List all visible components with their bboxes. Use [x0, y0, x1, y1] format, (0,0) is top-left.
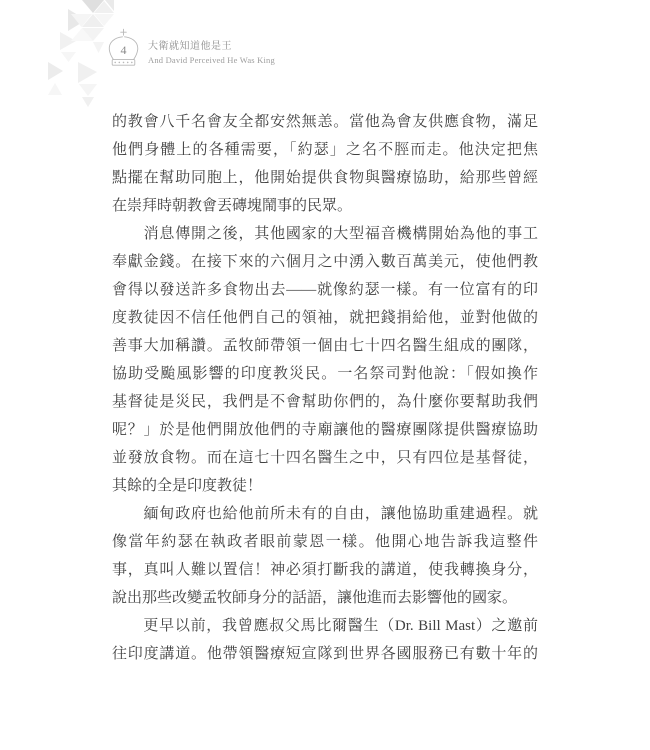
text-line: 並發放食物。而在這七十四名醫生之中，只有四位是基督徒，	[112, 444, 538, 472]
text-line: 會得以發送許多食物出去——就像約瑟一樣。有一位富有的印	[112, 276, 538, 304]
text-line: 度教徒因不信任他們自己的領袖，就把錢捐給他，並對他做的	[112, 304, 538, 332]
text-line: 往印度講道。他帶領醫療短宣隊到世界各國服務已有數十年的	[112, 640, 538, 668]
text-line: 基督徒是災民，我們是不會幫助你們的，為什麼你要幫助我們	[112, 388, 538, 416]
chapter-number: 4	[121, 43, 127, 57]
text-line: 在崇拜時朝教會丟磚塊鬧事的民眾。	[112, 192, 538, 220]
crown-icon: 4	[105, 28, 142, 69]
text-line: 說出那些改變孟牧師身分的話語，讓他進而去影響他的國家。	[112, 584, 538, 612]
text-line: 其餘的全是印度教徒！	[112, 472, 538, 500]
chapter-title-zh: 大衛就知道他是王	[148, 40, 275, 53]
text-line: 他們身體上的各種需要，「約瑟」之名不脛而走。他決定把焦	[112, 136, 538, 164]
text-line: 善事大加稱讚。孟牧師帶領一個由七十四名醫生組成的團隊，	[112, 332, 538, 360]
text-line: 奉獻金錢。在接下來的六個月之中湧入數百萬美元，使他們教	[112, 248, 538, 276]
text-line: 像當年約瑟在執政者眼前蒙恩一樣。他開心地告訴我這整件	[112, 528, 538, 556]
book-page: 4 大衛就知道他是王 And David Perceived He Was Ki…	[0, 0, 650, 750]
text-line: 的教會八千名會友全都安然無恙。當他為會友供應食物，滿足	[112, 108, 538, 136]
cross-finial-icon	[121, 29, 127, 35]
text-line: 事，真叫人難以置信！神必須打斷我的講道，使我轉換身分，	[112, 556, 538, 584]
body-text: 的教會八千名會友全都安然無恙。當他為會友供應食物，滿足他們身體上的各種需要，「約…	[112, 108, 538, 668]
chapter-titles: 大衛就知道他是王 And David Perceived He Was King	[148, 40, 275, 66]
text-line: 點擺在幫助同胞上，他開始提供食物與醫療協助，給那些曾經	[112, 164, 538, 192]
chapter-title-en: And David Perceived He Was King	[148, 55, 275, 66]
text-line: 消息傳開之後，其他國家的大型福音機構開始為他的事工	[112, 220, 538, 248]
text-line: 協助受颱風影響的印度教災民。一名祭司對他說：「假如換作	[112, 360, 538, 388]
text-line: 緬甸政府也給他前所未有的自由，讓他協助重建過程。就	[112, 500, 538, 528]
text-line: 更早以前，我曾應叔父馬比爾醫生（Dr. Bill Mast）之邀前	[112, 612, 538, 640]
text-line: 呢？」於是他們開放他們的寺廟讓他的醫療團隊提供醫療協助	[112, 416, 538, 444]
